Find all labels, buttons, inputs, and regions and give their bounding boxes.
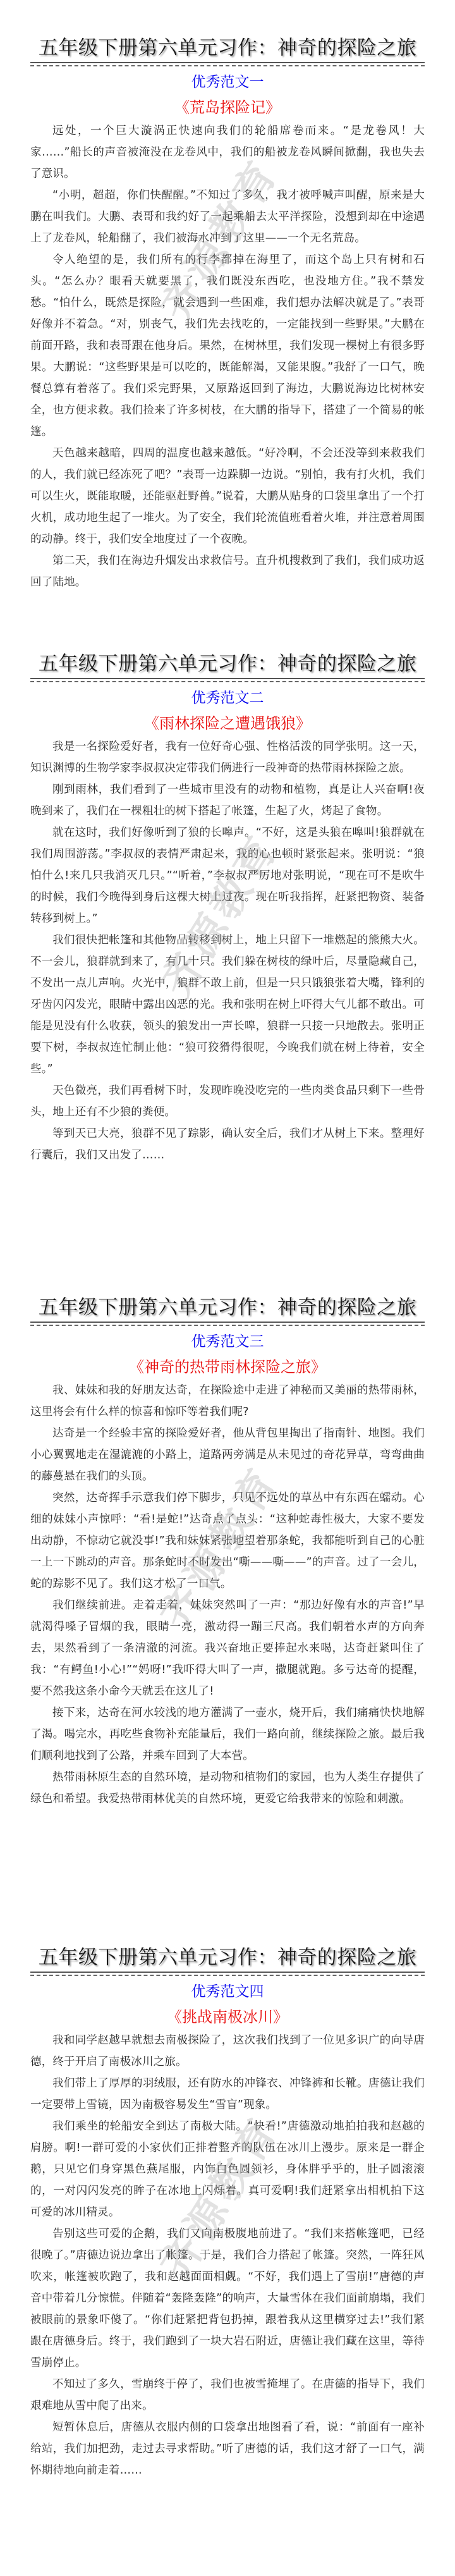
essay-paragraph: 接下来，达奇在河水较浅的地方灌满了一壶水，烧开后，我们痛痛快快地解了渴。喝完水，… — [30, 1702, 425, 1767]
essay-paragraph: 告别这些可爱的企鹅，我们又向南极腹地前进了。“我们来搭帐篷吧，已经很晚了。”唐德… — [30, 2223, 425, 2374]
essay-label: 优秀范文四 — [30, 1979, 425, 2004]
document-page: 齐源教育 五年级下册第六单元习作：神奇的探险之旅 优秀范文一 《荒岛探险记》 远… — [0, 0, 455, 2576]
essay-paragraph: 我们很快把帐篷和其他物品转移到树上，地上只留下一堆燃起的熊熊大火。不一会儿，狼群… — [30, 929, 425, 1080]
essay-section-1: 齐源教育 五年级下册第六单元习作：神奇的探险之旅 优秀范文一 《荒岛探险记》 远… — [0, 0, 455, 644]
essay-title: 《神奇的热带雨林探险之旅》 — [30, 1354, 425, 1380]
essay-paragraph: 我们带上了厚厚的羽绒服，还有防水的冲锋衣、冲锋裤和长靴。唐德让我们一定要带上雪镜… — [30, 2073, 425, 2116]
title-divider — [30, 62, 425, 67]
page-title: 五年级下册第六单元习作：神奇的探险之旅 — [30, 1945, 425, 1970]
essay-paragraph: “小明，超超，你们快醒醒。”不知过了多久，我才被呼喊声叫醒，原来是大鹏在叫我们。… — [30, 185, 425, 249]
essay-paragraph: 我们继续前进。走着走着，妹妹突然叫了一声：“那边好像有水的声音!”早就渴得嗓子冒… — [30, 1595, 425, 1702]
essay-label: 优秀范文三 — [30, 1329, 425, 1354]
essay-title: 《荒岛探险记》 — [30, 95, 425, 120]
essay-paragraph: 达奇是一个经验丰富的探险爱好者，他从背包里掏出了指南针、地图。我们小心翼翼地走在… — [30, 1423, 425, 1487]
essay-section-3: 齐源教育 五年级下册第六单元习作：神奇的探险之旅 优秀范文三 《神奇的热带雨林探… — [0, 1276, 455, 1926]
page-title: 五年级下册第六单元习作：神奇的探险之旅 — [30, 1295, 425, 1320]
title-divider — [30, 1322, 425, 1327]
essay-label: 优秀范文二 — [30, 685, 425, 711]
page-title: 五年级下册第六单元习作：神奇的探险之旅 — [30, 651, 425, 677]
essay-paragraph: 天色越来越暗，四周的温度也越来越低。“好冷啊，不会还没等到来救我们的人，我们就已… — [30, 443, 425, 550]
essay-section-2: 齐源教育 五年级下册第六单元习作：神奇的探险之旅 优秀范文二 《雨林探险之遭遇饿… — [0, 644, 455, 1276]
essay-paragraph: 令人绝望的是，我们所有的行李都掉在海里了，而这个岛上只有树和石头。“怎么办？眼看… — [30, 249, 425, 443]
essay-title: 《雨林探险之遭遇饿狼》 — [30, 711, 425, 736]
essay-paragraph: 刚到雨林，我们看到了一些城市里没有的动物和植物，真是让人兴奋啊!夜晚到来了，我们… — [30, 779, 425, 822]
essay-paragraph: 等到天已大亮，狼群不见了踪影，确认安全后，我们才从树上下来。整理好行囊后，我们又… — [30, 1123, 425, 1166]
essay-title: 《挑战南极冰川》 — [30, 2004, 425, 2030]
title-divider — [30, 678, 425, 683]
essay-paragraph: 我们乘坐的轮船安全到达了南极大陆。“快看!”唐德激动地拍拍我和赵越的肩膀。啊!一… — [30, 2116, 425, 2223]
essay-label: 优秀范文一 — [30, 70, 425, 95]
essay-paragraph: 第二天，我们在海边升烟发出求救信号。直升机搜救到了我们，我们成功返回了陆地。 — [30, 550, 425, 593]
essay-paragraph: 不知过了多久，雪崩终于停了，我们也被雪掩埋了。在唐德的指导下，我们艰难地从雪中爬… — [30, 2374, 425, 2417]
essay-paragraph: 天色微亮，我们再看树下时，发现昨晚没吃完的一些肉类食品只剩下一些骨头，地上还有不… — [30, 1080, 425, 1123]
essay-paragraph: 突然，达奇挥手示意我们停下脚步，只见不远处的草丛中有东西在蠕动。心细的妹妹小声惊… — [30, 1487, 425, 1595]
essay-paragraph: 我、妹妹和我的好朋友达奇，在探险途中走进了神秘而又美丽的热带雨林，这里将会有什么… — [30, 1380, 425, 1423]
essay-paragraph: 短暂休息后，唐德从衣服内侧的口袋拿出地图看了看，说：“前面有一座补给站，我们加把… — [30, 2417, 425, 2481]
essay-paragraph: 热带雨林原生态的自然环境，是动物和植物们的家园，也为人类生存提供了绿色和希望。我… — [30, 1767, 425, 1810]
essay-paragraph: 远处，一个巨大漩涡正快速向我们的轮船席卷而来。“是龙卷风！大家……”船长的声音被… — [30, 120, 425, 185]
essay-section-4: 齐源教育 五年级下册第六单元习作：神奇的探险之旅 优秀范文四 《挑战南极冰川》 … — [0, 1926, 455, 2576]
page-title: 五年级下册第六单元习作：神奇的探险之旅 — [30, 35, 425, 61]
essay-paragraph: 我和同学赵越早就想去南极探险了，这次我们找到了一位见多识广的向导唐德，终于开启了… — [30, 2030, 425, 2073]
essay-paragraph: 就在这时，我们好像听到了狼的长嗥声。“不好，这是头狼在嗥叫!狼群就在我们周围游荡… — [30, 822, 425, 929]
essay-paragraph: 我是一名探险爱好者，我有一位好奇心强、性格活泼的同学张明。这一天，知识渊博的生物… — [30, 736, 425, 779]
title-divider — [30, 1972, 425, 1977]
